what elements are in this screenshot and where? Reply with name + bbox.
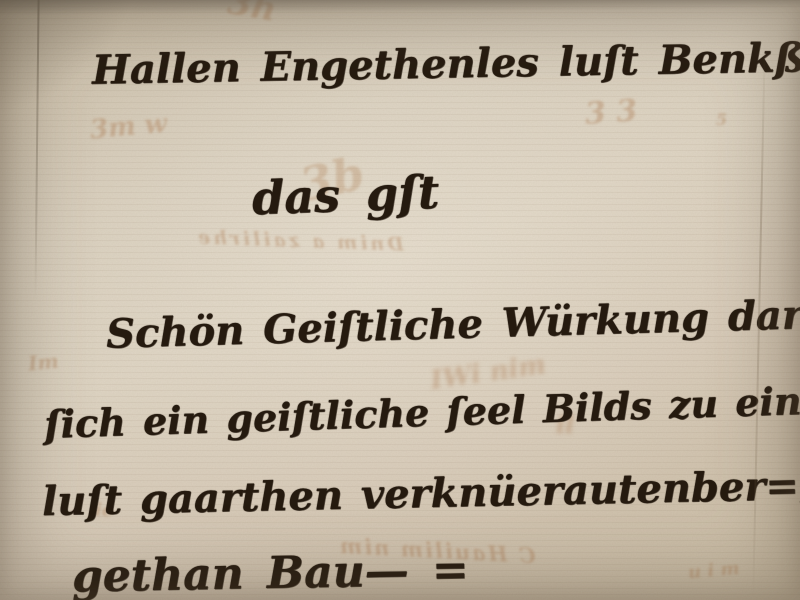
bleedthrough-mark: 3 3: [584, 93, 639, 132]
bleedthrough-mark: 3m w: [89, 109, 168, 146]
bleedthrough-mark: 5: [716, 110, 727, 129]
manuscript-photo: 3h 3m w 3b 3 3 Dnim a zailirhe Im IWi ni…: [0, 0, 800, 600]
handwritten-title-line-2: das gſt: [251, 165, 440, 225]
handwritten-body-line-2: ſich ein geiſtliche ſeel Bilds zu ein: [43, 378, 800, 447]
handwritten-body-line-4-cutoff: gethan Bau— =: [72, 545, 470, 600]
handwritten-body-line-3: luſt gaarthen verknüerautenber=„: [42, 462, 800, 525]
bleedthrough-mark: Dnim a zailirhe: [195, 226, 404, 255]
bleedthrough-mark: u i m: [687, 558, 740, 583]
paper-fold-crease-left: [34, 0, 39, 300]
handwritten-body-line-1: Schön Geiſtliche Würkung darhin: [105, 289, 800, 357]
page-top-edge: [0, 0, 800, 16]
bleedthrough-mark: Im: [27, 348, 60, 375]
handwritten-title-line-1: Hallen Engethenles luſt Benkßlin: [92, 33, 800, 93]
bleedthrough-mark: 3h: [225, 0, 280, 30]
